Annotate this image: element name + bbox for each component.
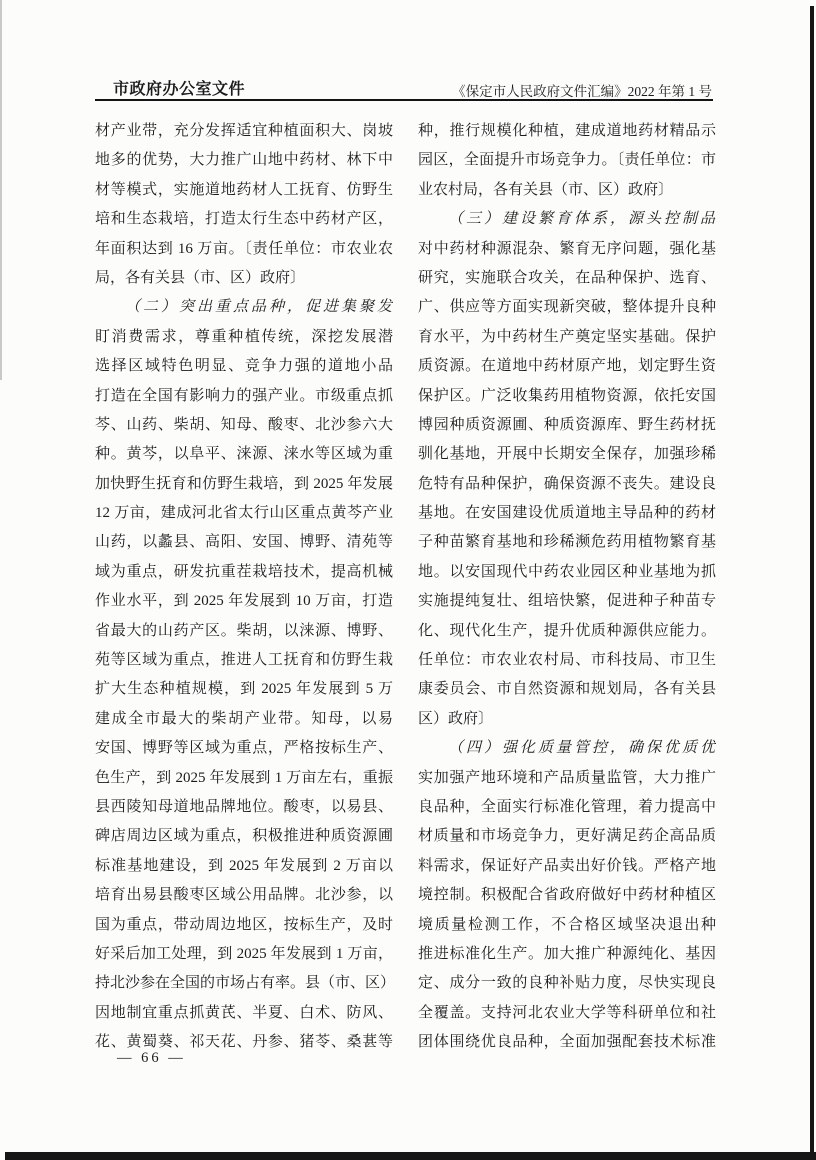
text-line: 扩大生态种植规模，到 2025 年发展到 5 万亩， [95, 675, 393, 704]
text-line: 地。以安国现代中药农业园区种业基地为抓手， [418, 558, 716, 587]
text-line: 种，推行规模化种植，建成道地药材精品示范 [418, 117, 716, 146]
text-line: 盯消费需求，尊重种植传统，深挖发展潜力， [95, 323, 393, 352]
text-line: 基地。在安国建设优质道地主导品种的药材种 [418, 499, 716, 528]
text-line: 局，各有关县（市、区）政府〕 [95, 264, 393, 293]
text-line: 年面积达到 16 万亩。〔责任单位：市农业农村 [95, 235, 393, 264]
text-line: 持北沙参在全国的市场占有率。县（市、区） [95, 969, 393, 998]
text-line: 境质量检测工作，不合格区域坚决退出种植。 [418, 911, 716, 940]
text-line: 域为重点，研发抗重茬栽培技术，提高机械化 [95, 558, 393, 587]
text-line: 山药，以蠡县、高阳、安国、博野、清苑等区 [95, 528, 393, 557]
text-line: 材质量和市场竞争力，更好满足药企高品质原 [418, 822, 716, 851]
text-line: 定、成分一致的良种补贴力度，尽快实现良种 [418, 969, 716, 998]
section-heading: （四）强化质量管控，确保优质优价。 [418, 740, 716, 763]
text-column-left: 材产业带，充分发挥适宜种植面积大、岗坡山地多的优势，大力推广山地中药材、林下中药… [95, 117, 393, 1058]
text-line: 康委员会、市自然资源和规划局，各有关县（市、 [418, 675, 716, 704]
text-line: 标准基地建设，到 2025 年发展到 2 万亩以上， [95, 852, 393, 881]
text-line: 推进标准化生产。加大推广种源纯化、基因稳 [418, 940, 716, 969]
text-line: 境控制。积极配合省政府做好中药材种植区环 [418, 881, 716, 910]
text-line: 好采后加工处理，到 2025 年发展到 1 万亩，保 [95, 940, 393, 969]
text-line: 料需求，保证好产品卖出好价钱。严格产地环 [418, 852, 716, 881]
text-line: 建成全市最大的柴胡产业带。知母，以易县、 [95, 705, 393, 734]
scan-edge-right [810, 6, 814, 1153]
text-line: 地多的优势，大力推广山地中药材、林下中药 [95, 146, 393, 175]
text-line: 子种苗繁育基地和珍稀濒危药用植物繁育基 [418, 528, 716, 557]
text-line: 省最大的山药产区。柴胡，以涞源、博野、清 [95, 617, 393, 646]
page-number: — 66 — [117, 1050, 186, 1067]
text-line: 危特有品种保护，确保资源不丧失。建设良繁 [418, 470, 716, 499]
text-line: 良品种，全面实行标准化管理，着力提高中药 [418, 793, 716, 822]
text-line: 任单位：市农业农村局、市科技局、市卫生健 [418, 646, 716, 675]
scan-edge-left [0, 0, 2, 380]
text-line: 驯化基地，开展中长期安全保存，加强珍稀濒 [418, 440, 716, 469]
text-line: 全覆盖。支持河北农业大学等科研单位和社会 [418, 999, 716, 1028]
text-column-right: 种，推行规模化种植，建成道地药材精品示范园区，全面提升市场竞争力。〔责任单位：市… [418, 117, 716, 1058]
text-line: 保护区。广泛收集药用植物资源，依托安国药 [418, 382, 716, 411]
scan-edge-bottom [5, 1152, 816, 1160]
header-right-title: 《保定市人民政府文件汇编》2022 年第 1 号 [452, 80, 712, 100]
header-left-title: 市政府办公室文件 [113, 76, 245, 99]
text-line: 培育出易县酸枣区域公用品牌。北沙参，以安 [95, 881, 393, 910]
text-line: 国为重点，带动周边地区，按标生产，及时做 [95, 911, 393, 940]
text-line: 色生产，到 2025 年发展到 1 万亩左右，重振易 [95, 764, 393, 793]
text-line: （三）建设繁育体系，源头控制品质。针 [418, 205, 716, 234]
text-line: 质资源。在道地中药材原产地，划定野生资源 [418, 352, 716, 381]
text-line: 研究，实施联合攻关，在品种保护、选育、推 [418, 264, 716, 293]
text-line: 团体围绕优良品种，全面加强配套技术标准制 [418, 1028, 716, 1057]
text-line: 区）政府〕 [418, 705, 716, 734]
text-line: 广、供应等方面实现新突破，整体提升良种繁 [418, 293, 716, 322]
text-line: 打造在全国有影响力的强产业。市级重点抓黄 [95, 382, 393, 411]
section-heading: （二）突出重点品种，促进集聚发展。 [95, 299, 393, 322]
text-line: 因地制宜重点抓黄芪、半夏、白术、防风、菊 [95, 999, 393, 1028]
text-line: 实施提纯复壮、组培快繁，促进种子种苗专业 [418, 587, 716, 616]
text-line: 培和生态栽培，打造太行生态中药材产区，2025 [95, 205, 393, 234]
text-line: 园区，全面提升市场竞争力。〔责任单位：市农 [418, 146, 716, 175]
text-line: 对中药材种源混杂、繁育无序问题，强化基础 [418, 235, 716, 264]
text-line: 12 万亩，建成河北省太行山区重点黄芩产业带。 [95, 499, 393, 528]
text-line: （四）强化质量管控，确保优质优价。切 [418, 734, 716, 763]
text-line: 苑等区域为重点，推进人工抚育和仿野生栽培， [95, 646, 393, 675]
text-line: 选择区域特色明显、竞争力强的道地小品种， [95, 352, 393, 381]
text-line: 加快野生抚育和仿野生栽培，到 2025 年发展到 [95, 470, 393, 499]
text-line: 安国、博野等区域为重点，严格按标生产、绿 [95, 734, 393, 763]
header-rule [95, 99, 713, 101]
document-page: 市政府办公室文件 《保定市人民政府文件汇编》2022 年第 1 号 材产业带，充… [0, 0, 816, 1160]
text-line: 县西陵知母道地品牌地位。酸枣，以易县、高 [95, 793, 393, 822]
text-line: 材产业带，充分发挥适宜种植面积大、岗坡山 [95, 117, 393, 146]
text-line: 业农村局，各有关县（市、区）政府〕 [418, 176, 716, 205]
text-line: 材等模式，实施道地药材人工抚育、仿野生栽 [95, 176, 393, 205]
text-line: （二）突出重点品种，促进集聚发展。紧 [95, 293, 393, 322]
section-heading: （三）建设繁育体系，源头控制品质。 [418, 211, 716, 234]
text-line: 芩、山药、柴胡、知母、酸枣、北沙参六大品 [95, 411, 393, 440]
text-line: 作业水平，到 2025 年发展到 10 万亩，打造全 [95, 587, 393, 616]
text-line: 育水平，为中药材生产奠定坚实基础。保护种 [418, 323, 716, 352]
text-line: 碑店周边区域为重点，积极推进种质资源圃及 [95, 822, 393, 851]
text-line: 化、现代化生产，提升优质种源供应能力。〔责 [418, 617, 716, 646]
text-line: 种。黄芩，以阜平、涞源、涞水等区域为重点， [95, 440, 393, 469]
text-line: 博园种质资源圃、种质资源库、野生药材抚育 [418, 411, 716, 440]
text-line: 实加强产地环境和产品质量监管，大力推广优 [418, 764, 716, 793]
